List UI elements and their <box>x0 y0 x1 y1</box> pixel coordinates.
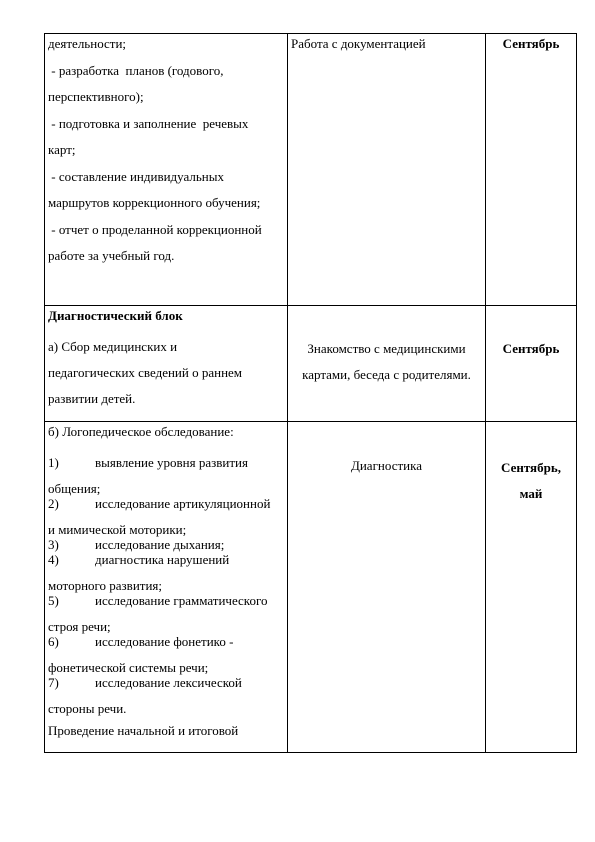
list-item-cont: фонетической системы речи; <box>48 660 284 675</box>
form-text: Знакомство с медицинскими <box>291 341 482 356</box>
activity-line: деятельности; <box>48 36 284 51</box>
activity-line: перспективного); <box>48 89 284 104</box>
list-item-cont: строя речи; <box>48 619 284 634</box>
activity-line: - подготовка и заполнение речевых <box>48 116 284 131</box>
list-item: 5)исследование грамматического <box>48 593 284 608</box>
deadline-cell: Сентябрь <box>486 34 577 306</box>
list-item: 4)диагностика нарушений <box>48 552 284 567</box>
section-heading: Диагностический блок <box>48 308 284 323</box>
form-cell: Работа с документацией <box>288 34 486 306</box>
deadline-text: Сентябрь <box>489 341 573 356</box>
activity-line: педагогических сведений о раннем <box>48 365 284 380</box>
form-text: Работа с документацией <box>291 36 482 51</box>
activity-line: - составление индивидуальных <box>48 169 284 184</box>
table-row: деятельности; - разработка планов (годов… <box>45 34 577 306</box>
activity-line: работе за учебный год. <box>48 248 284 263</box>
form-cell: Знакомство с медицинскими картами, бесед… <box>288 306 486 422</box>
list-item-cont: общения; <box>48 481 284 496</box>
form-text: картами, беседа с родителями. <box>291 367 482 382</box>
list-item-cont: стороны речи. <box>48 701 284 716</box>
list-item: 3)исследование дыхания; <box>48 537 284 552</box>
list-item-cont: и мимической моторики; <box>48 522 284 537</box>
deadline-cell: Сентябрь <box>486 306 577 422</box>
activity-line: карт; <box>48 142 284 157</box>
activity-cell: б) Логопедическое обследование: 1)выявле… <box>45 422 288 753</box>
activity-cell: Диагностический блок а) Сбор медицинских… <box>45 306 288 422</box>
form-text: Диагностика <box>291 458 482 473</box>
activity-line: Проведение начальной и итоговой <box>48 723 284 738</box>
list-item: 6)исследование фонетико - <box>48 634 284 649</box>
deadline-text: Сентябрь, <box>489 460 573 475</box>
list-item-cont: моторного развития; <box>48 578 284 593</box>
deadline-text: Сентябрь <box>489 36 573 51</box>
work-plan-table: деятельности; - разработка планов (годов… <box>44 33 577 753</box>
form-cell: Диагностика <box>288 422 486 753</box>
section-heading: б) Логопедическое обследование: <box>48 424 284 439</box>
activity-line: маршрутов коррекционного обучения; <box>48 195 284 210</box>
deadline-text: май <box>489 486 573 501</box>
activity-cell: деятельности; - разработка планов (годов… <box>45 34 288 306</box>
list-item: 7)исследование лексической <box>48 675 284 690</box>
deadline-cell: Сентябрь, май <box>486 422 577 753</box>
activity-line: а) Сбор медицинских и <box>48 339 284 354</box>
activity-line: - разработка планов (годового, <box>48 63 284 78</box>
activity-line: развитии детей. <box>48 391 284 406</box>
table-row: б) Логопедическое обследование: 1)выявле… <box>45 422 577 753</box>
activity-line: - отчет о проделанной коррекционной <box>48 222 284 237</box>
list-item: 1)выявление уровня развития <box>48 455 284 470</box>
table-row: Диагностический блок а) Сбор медицинских… <box>45 306 577 422</box>
list-item: 2)исследование артикуляционной <box>48 496 284 511</box>
